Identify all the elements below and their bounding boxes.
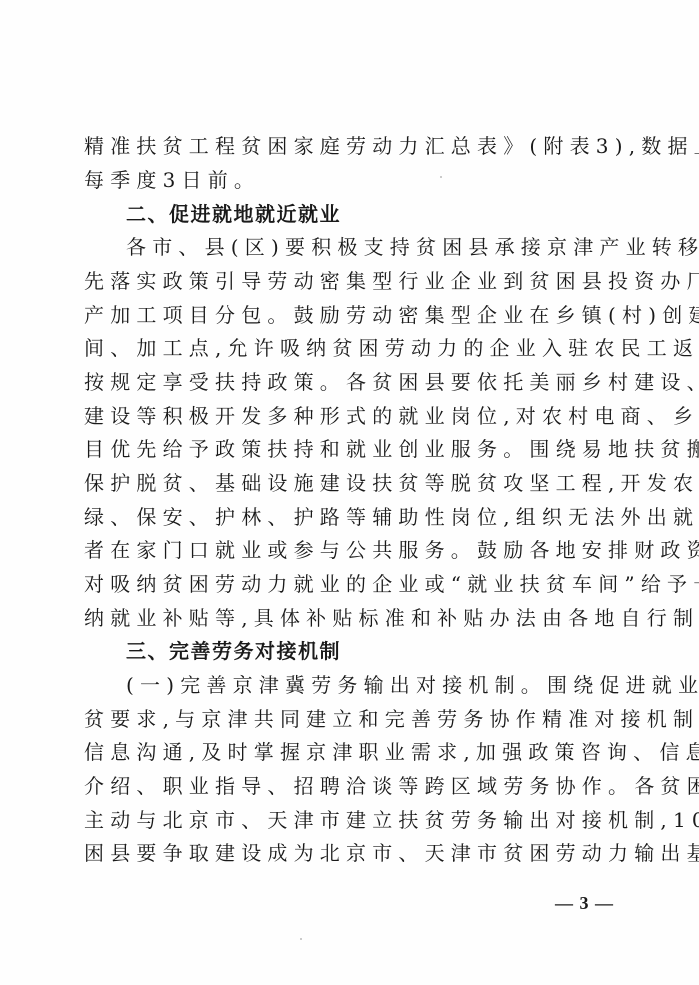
body-line: 绿、保安、护林、护路等辅助性岗位,组织无法外出就业的贫困劳动 [84,502,624,532]
body-line: 各市、县(区)要积极支持贫困县承接京津产业转移,通过优 [126,232,624,262]
body-line: 先落实政策引导劳动密集型行业企业到贫困县投资办厂或实施生 [84,266,624,296]
body-line: (一)完善京津冀劳务输出对接机制。围绕促进就业、精准扶 [126,670,624,700]
body-line: 目优先给予政策扶持和就业创业服务。围绕易地扶贫搬迁、生态 [84,434,624,464]
body-line: 对吸纳贫困劳动力就业的企业或“就业扶贫车间”给予一定的吸 [84,569,624,599]
section-heading: 二、促进就地就近就业 [126,199,624,229]
body-line: 间、加工点,允许吸纳贫困劳动力的企业入驻农民工返乡创业园并 [84,333,624,363]
body-line: 主动与北京市、天津市建立扶贫劳务输出对接机制,10个深度贫 [84,805,624,835]
body-line: 保护脱贫、基础设施建设扶贫等脱贫攻坚工程,开发农村保洁、保 [84,468,624,498]
body-line: 建设等积极开发多种形式的就业岗位,对农村电商、乡村旅游等项 [84,401,624,431]
scan-speck [440,176,442,178]
body-line: 信息沟通,及时掌握京津职业需求,加强政策咨询、信息发布、职业 [84,737,624,767]
section-heading: 三、完善劳务对接机制 [126,636,624,666]
body-line: 者在家门口就业或参与公共服务。鼓励各地安排财政资金按规定 [84,535,624,565]
body-line: 产加工项目分包。鼓励劳动密集型企业在乡镇(村)创建扶贫车 [84,300,624,330]
scan-speck [300,938,302,940]
document-page: 精准扶贫工程贫困家庭劳动力汇总表》(附表3),数据上报时间为 每季度3日前。 二… [0,0,699,985]
body-line: 每季度3日前。 [84,165,624,195]
page-number: — 3 — [555,893,614,914]
body-line: 介绍、职业指导、招聘洽谈等跨区域劳务协作。各贫困县(区)要 [84,771,624,801]
body-line: 纳就业补贴等,具体补贴标准和补贴办法由各地自行制定。 [84,603,624,633]
body-line: 困县要争取建设成为北京市、天津市贫困劳动力输出基地。引导 [84,838,624,868]
body-line: 按规定享受扶持政策。各贫困县要依托美丽乡村建设、特色小镇 [84,367,624,397]
body-line: 精准扶贫工程贫困家庭劳动力汇总表》(附表3),数据上报时间为 [84,131,624,161]
body-line: 贫要求,与京津共同建立和完善劳务协作精准对接机制,加强就业 [84,704,624,734]
